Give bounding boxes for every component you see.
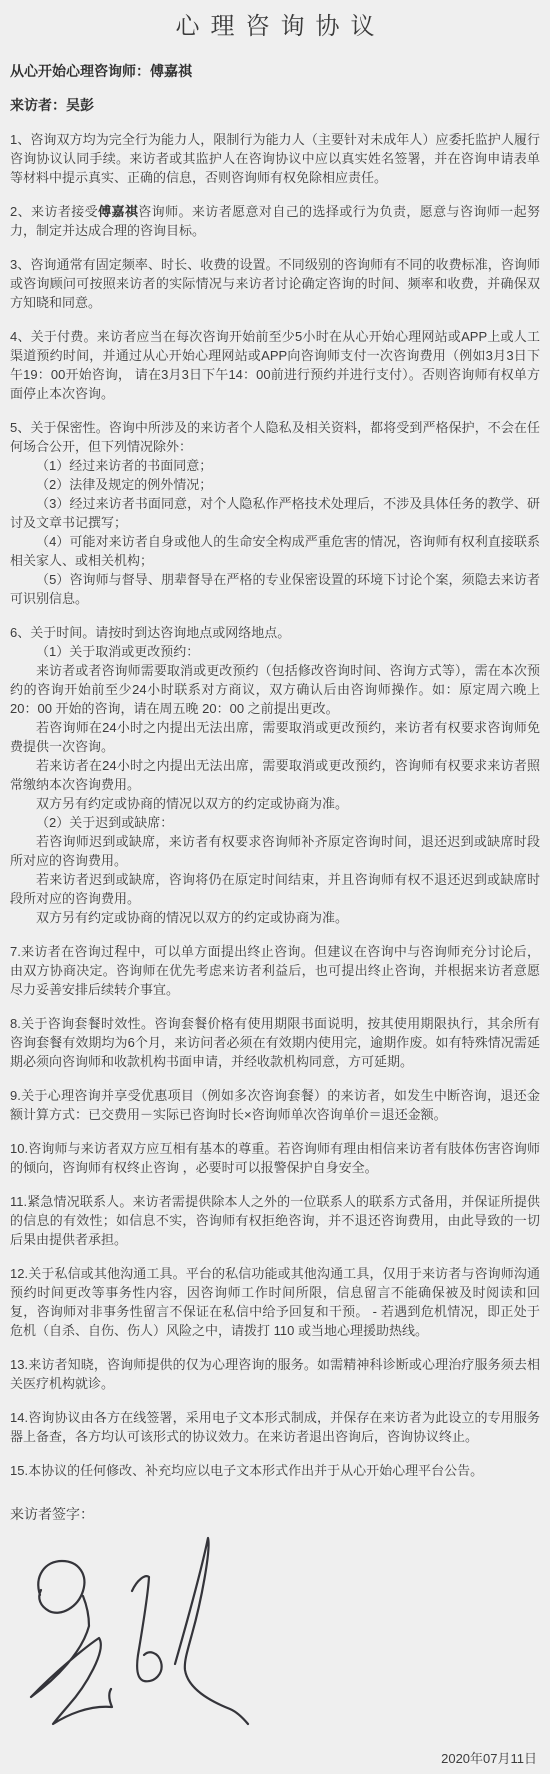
clause-paragraph: 若来访者迟到或缺席，咨询将仍在原定时间结束，并且咨询师有权不退还迟到或缺席时段所… bbox=[10, 870, 540, 908]
clause-8: 8.关于咨询套餐时效性。咨询套餐价格有使用期限书面说明，按其使用期限执行，其余所… bbox=[10, 1014, 540, 1071]
clause-paragraph: 11.紧急情况联系人。来访者需提供除本人之外的一位联系人的联系方式备用，并保证所… bbox=[10, 1192, 540, 1249]
clause-9: 9.关于心理咨询并享受优惠项目（例如多次咨询套餐）的来访者，如发生中断咨询，退还… bbox=[10, 1086, 540, 1124]
visitor-signature bbox=[25, 1534, 540, 1734]
clause-paragraph: 双方另有约定或协商的情况以双方的约定或协商为准。 bbox=[10, 908, 540, 927]
clause-paragraph: 3、咨询通常有固定频率、时长、收费的设置。不同级别的咨询师有不同的收费标准，咨询… bbox=[10, 255, 540, 312]
clause-paragraph: （2）关于迟到或缺席： bbox=[10, 813, 540, 832]
clause-paragraph: 10.咨询师与来访者双方应互相有基本的尊重。若咨询师有理由相信来访者有肢体伤害咨… bbox=[10, 1139, 540, 1177]
clause-paragraph: 若来访者在24小时之内提出无法出席，需要取消或更改预约，咨询师有权要求来访者照常… bbox=[10, 756, 540, 794]
clause-paragraph: 来访者或者咨询师需要取消或更改预约（包括修改咨询时间、咨询方式等），需在本次预约… bbox=[10, 661, 540, 718]
clause-4: 4、关于付费。来访者应当在每次咨询开始前至少5小时在从心开始心理网站或APP上或… bbox=[10, 327, 540, 403]
clause-paragraph: 7.来访者在咨询过程中，可以单方面提出终止咨询。但建议在咨询中与咨询师充分讨论后… bbox=[10, 942, 540, 999]
clause-paragraph: 6、关于时间。请按时到达咨询地点或网络地点。 bbox=[10, 623, 540, 642]
clause-7: 7.来访者在咨询过程中，可以单方面提出终止咨询。但建议在咨询中与咨询师充分讨论后… bbox=[10, 942, 540, 999]
clause-paragraph: 1、咨询双方均为完全行为能力人，限制行为能力人（主要针对未成年人）应委托监护人履… bbox=[10, 130, 540, 187]
clause-paragraph: 双方另有约定或协商的情况以双方的约定或协商为准。 bbox=[10, 794, 540, 813]
clause-13: 13.来访者知晓，咨询师提供的仅为心理咨询的服务。如需精神科诊断或心理治疗服务须… bbox=[10, 1355, 540, 1393]
clause-paragraph: 15.本协议的任何修改、补充均应以电子文本形式作出并于从心开始心理平台公告。 bbox=[10, 1461, 540, 1480]
clause-paragraph: （4）可能对来访者自身或他人的生命安全构成严重危害的情况，咨询师有权利直接联系相… bbox=[10, 532, 540, 570]
clause-15: 15.本协议的任何修改、补充均应以电子文本形式作出并于从心开始心理平台公告。 bbox=[10, 1461, 540, 1480]
page-title: 心理咨询协议 bbox=[10, 6, 540, 41]
clause-paragraph: （3）经过来访者书面同意，对个人隐私作严格技术处理后，不涉及具体任务的教学、研讨… bbox=[10, 494, 540, 532]
clause-paragraph: 8.关于咨询套餐时效性。咨询套餐价格有使用期限书面说明，按其使用期限执行，其余所… bbox=[10, 1014, 540, 1071]
clause-6: 6、关于时间。请按时到达咨询地点或网络地点。（1）关于取消或更改预约：来访者或者… bbox=[10, 623, 540, 927]
signature-label: 来访者签字： bbox=[10, 1504, 540, 1524]
clause-paragraph: 2、来访者接受傅嘉祺咨询师。来访者愿意对自己的选择或行为负责，愿意与咨询师一起努… bbox=[10, 202, 540, 240]
clause-paragraph: 13.来访者知晓，咨询师提供的仅为心理咨询的服务。如需精神科诊断或心理治疗服务须… bbox=[10, 1355, 540, 1393]
clause-paragraph: 5、关于保密性。咨询中所涉及的来访者个人隐私及相关资料，都将受到严格保护，不会在… bbox=[10, 418, 540, 456]
clause-12: 12.关于私信或其他沟通工具。平台的私信功能或其他沟通工具，仅用于来访者与咨询师… bbox=[10, 1264, 540, 1340]
clause-10: 10.咨询师与来访者双方应互相有基本的尊重。若咨询师有理由相信来访者有肢体伤害咨… bbox=[10, 1139, 540, 1177]
clause-14: 14.咨询协议由各方在线签署，采用电子文本形式制成，并保存在来访者为此设立的专用… bbox=[10, 1408, 540, 1446]
clause-11: 11.紧急情况联系人。来访者需提供除本人之外的一位联系人的联系方式备用，并保证所… bbox=[10, 1192, 540, 1249]
clause-paragraph: （2）法律及规定的例外情况； bbox=[10, 475, 540, 494]
clauses: 1、咨询双方均为完全行为能力人，限制行为能力人（主要针对未成年人）应委托监护人履… bbox=[10, 130, 540, 1480]
clause-5: 5、关于保密性。咨询中所涉及的来访者个人隐私及相关资料，都将受到严格保护，不会在… bbox=[10, 418, 540, 608]
clause-paragraph: （1）关于取消或更改预约： bbox=[10, 642, 540, 661]
clause-paragraph: （5）咨询师与督导、朋辈督导在严格的专业保密设置的环境下讨论个案，须隐去来访者可… bbox=[10, 570, 540, 608]
clause-3: 3、咨询通常有固定频率、时长、收费的设置。不同级别的咨询师有不同的收费标准，咨询… bbox=[10, 255, 540, 312]
visitor-line: 来访者：吴彭 bbox=[10, 95, 540, 115]
clause-2: 2、来访者接受傅嘉祺咨询师。来访者愿意对自己的选择或行为负责，愿意与咨询师一起努… bbox=[10, 202, 540, 240]
signature-date: 2020年07月11日 bbox=[10, 1748, 540, 1767]
clause-1: 1、咨询双方均为完全行为能力人，限制行为能力人（主要针对未成年人）应委托监护人履… bbox=[10, 130, 540, 187]
clause-paragraph: 12.关于私信或其他沟通工具。平台的私信功能或其他沟通工具，仅用于来访者与咨询师… bbox=[10, 1264, 540, 1340]
signature-drawing bbox=[25, 1534, 260, 1734]
clause-paragraph: （1）经过来访者的书面同意； bbox=[10, 456, 540, 475]
counselor-line: 从心开始心理咨询师：傅嘉祺 bbox=[10, 61, 540, 81]
clause-paragraph: 若咨询师迟到或缺席，来访者有权要求咨询师补齐原定咨询时间，退还迟到或缺席时段所对… bbox=[10, 832, 540, 870]
clause-paragraph: 4、关于付费。来访者应当在每次咨询开始前至少5小时在从心开始心理网站或APP上或… bbox=[10, 327, 540, 403]
clause-paragraph: 9.关于心理咨询并享受优惠项目（例如多次咨询套餐）的来访者，如发生中断咨询，退还… bbox=[10, 1086, 540, 1124]
clause-paragraph: 若咨询师在24小时之内提出无法出席，需要取消或更改预约，来访者有权要求咨询师免费… bbox=[10, 718, 540, 756]
clause-paragraph: 14.咨询协议由各方在线签署，采用电子文本形式制成，并保存在来访者为此设立的专用… bbox=[10, 1408, 540, 1446]
